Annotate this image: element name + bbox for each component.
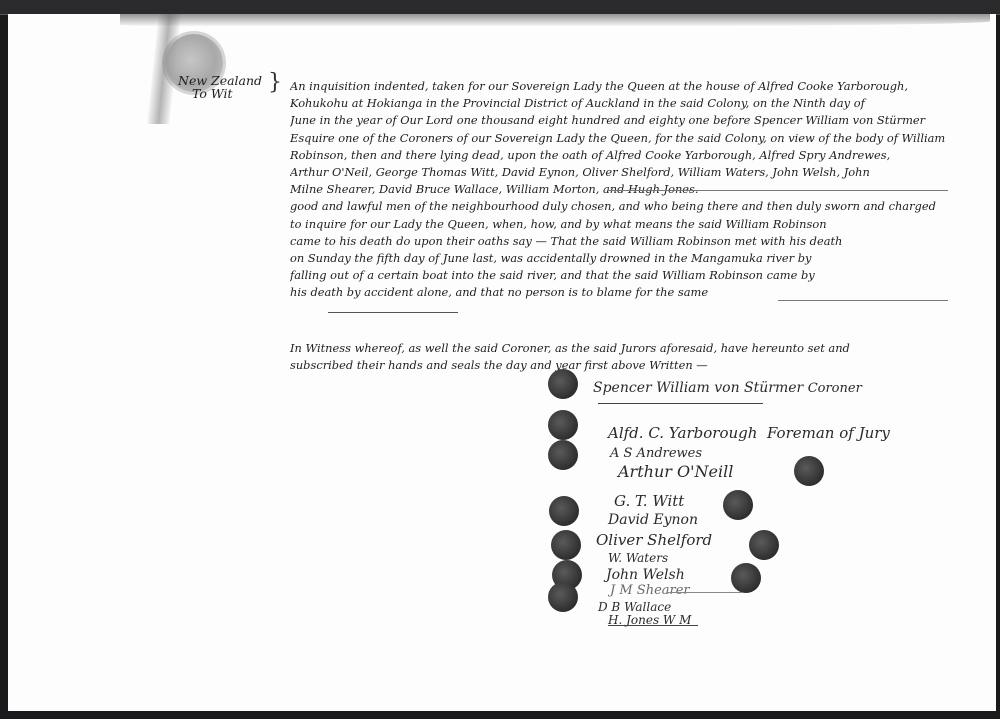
signature-name: Oliver Shelford [596,531,712,549]
body-line: to inquire for our Lady the Queen, when,… [290,216,980,233]
body-line: An inquisition indented, taken for our S… [290,78,980,95]
jurisdiction-heading: New Zealand To Wit } [178,74,262,100]
wax-seal-icon [723,490,753,520]
signature-juror: A S Andrewes [610,446,702,461]
body-line: Arthur O'Neil, George Thomas Witt, David… [290,164,980,181]
wax-seal-icon [548,410,578,440]
body-line: June in the year of Our Lord one thousan… [290,112,980,129]
witness-clause: In Witness whereof, as well the said Cor… [290,340,980,374]
signature-juror: D B Wallace [598,600,671,614]
signature-foreman: Alfd. C. Yarborough Foreman of Jury [608,424,890,442]
body-line: on Sunday the fifth day of June last, wa… [290,250,980,267]
document-page: New Zealand To Wit } An inquisition inde… [8,14,996,711]
body-line: came to his death do upon their oaths sa… [290,233,980,250]
witness-line: In Witness whereof, as well the said Cor… [290,340,980,357]
signature-juror: Arthur O'Neill [618,462,733,481]
signature-juror: John Welsh [606,567,685,583]
signature-name: David Eynon [608,512,698,528]
signature-underline [608,625,698,626]
body-line: Robinson, then and there lying dead, upo… [290,147,980,164]
body-line: Esquire one of the Coroners of our Sover… [290,130,980,147]
wax-seal-icon [551,530,581,560]
signature-underline [668,592,743,593]
signature-name: Arthur O'Neill [618,462,733,481]
jurisdiction-line-2: To Wit [178,87,262,100]
signature-juror: J M Shearer [610,583,690,598]
signature-name: A S Andrewes [610,446,702,461]
wax-seal-icon [548,440,578,470]
wax-seal-icon [749,530,779,560]
wax-seal-icon [548,369,578,399]
paper-fold-shadow [120,14,990,26]
brace-icon: } [268,76,282,89]
signature-juror: David Eynon [608,512,698,528]
signature-name: Spencer William von Stürmer [593,380,803,396]
signature-name: D B Wallace [598,600,671,614]
line-filler-rule [778,300,948,301]
signature-juror: W. Waters [608,551,668,565]
wax-seal-icon [794,456,824,486]
body-line: falling out of a certain boat into the s… [290,267,980,284]
signature-juror: G. T. Witt [614,492,684,510]
wax-seal-icon [549,496,579,526]
scan-frame-top [0,0,1000,15]
underline-rule [328,312,458,313]
signature-juror: Oliver Shelford [596,531,712,549]
body-line: Kohukohu at Hokianga in the Provincial D… [290,95,980,112]
signature-underline [598,403,763,404]
signature-role: Foreman of Jury [767,424,890,442]
signature-coroner: Spencer William von Stürmer Coroner [593,380,862,396]
signature-name: J M Shearer [610,583,690,598]
witness-line: subscribed their hands and seals the day… [290,357,980,374]
line-filler-rule [608,190,948,191]
wax-seal-icon [548,582,578,612]
signature-name: G. T. Witt [614,492,684,510]
signature-name: W. Waters [608,551,668,565]
signature-role: Coroner [808,381,862,396]
signature-name: Alfd. C. Yarborough [608,424,757,442]
body-line: good and lawful men of the neighbourhood… [290,198,980,215]
signature-name: John Welsh [606,567,685,583]
wax-seal-icon [731,563,761,593]
